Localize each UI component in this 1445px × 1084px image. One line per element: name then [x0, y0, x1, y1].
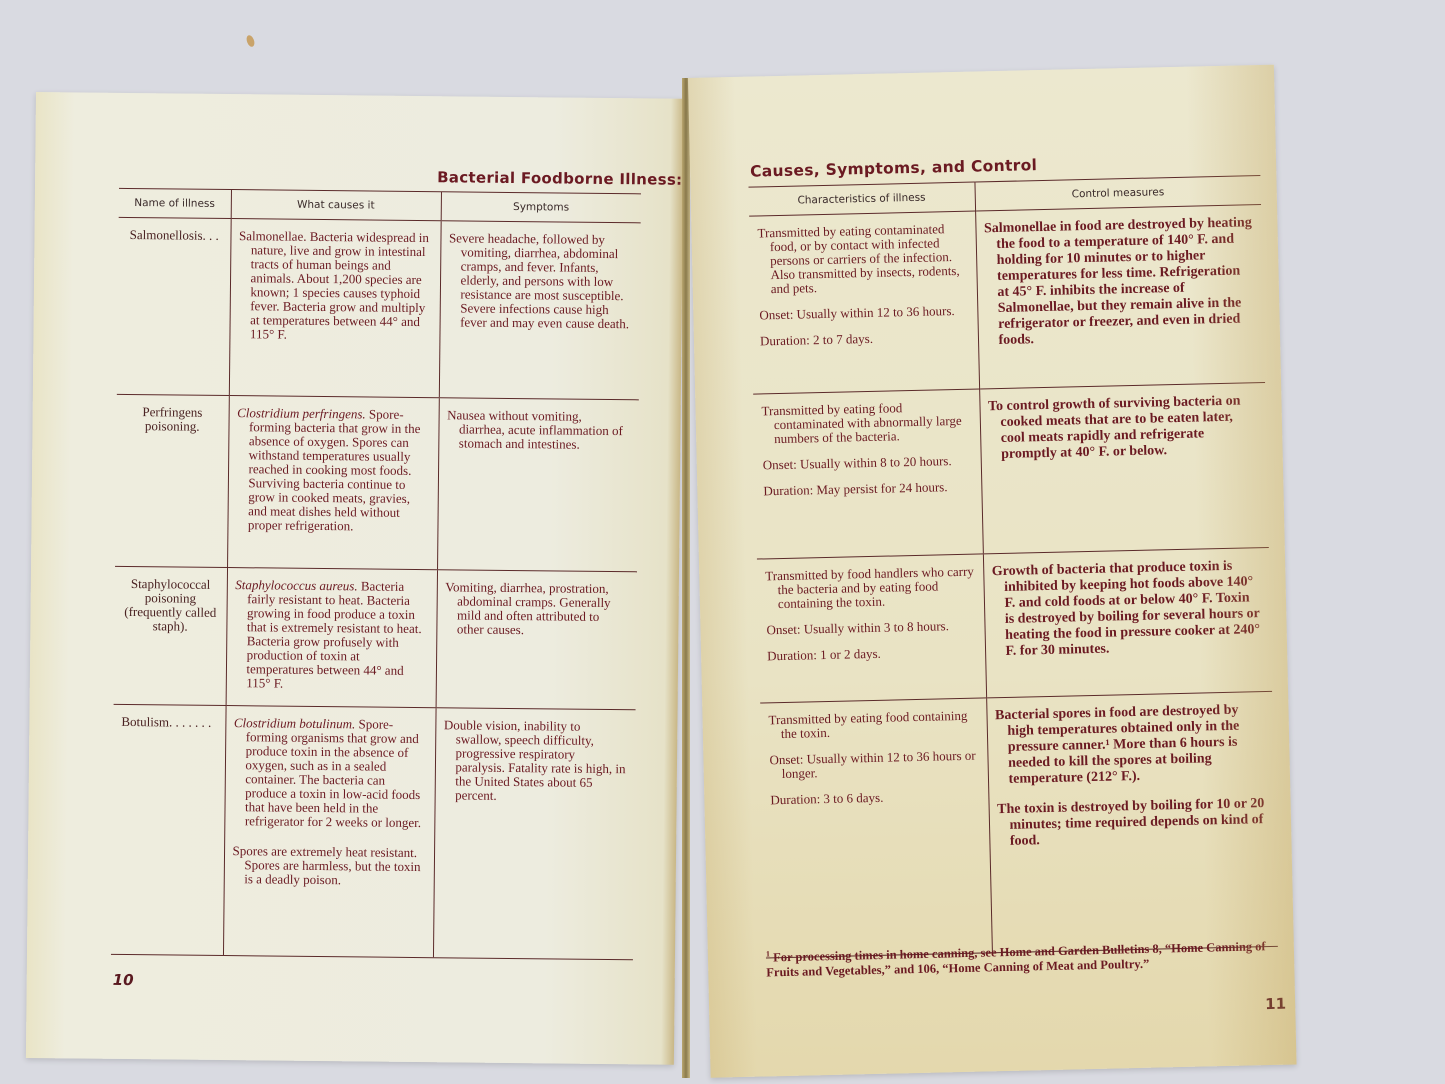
illness-name: Staphylococcal poisoning (frequently cal… [114, 566, 227, 705]
duration-text: Duration: 2 to 7 days. [760, 330, 970, 349]
right-page-title: Causes, Symptoms, and Control [750, 156, 1037, 181]
onset-text: Onset: Usually within 12 to 36 hours. [759, 304, 969, 323]
symptoms-text: Severe headache, followed by vomiting, d… [448, 231, 633, 331]
characteristics-cell: Transmitted by eating food containing th… [760, 698, 992, 958]
page-number-right: 11 [1265, 995, 1286, 1013]
footnote-text: For processing times in home canning, se… [766, 939, 1266, 979]
illness-symptoms: Vomiting, diarrhea, prostration, abdomin… [436, 570, 637, 710]
page-number-left: 10 [113, 971, 134, 989]
control-table: Characteristics of illness Control measu… [748, 175, 1277, 958]
left-page-title: Bacterial Foodborne Illness: [437, 168, 682, 189]
cause-text: Salmonellae. Bacteria widespread in natu… [239, 228, 429, 342]
cause-text: Bacteria fairly resistant to heat. Bacte… [246, 578, 421, 690]
transmission-text: Transmitted by eating contaminated food,… [757, 222, 968, 297]
control-cell: Salmonellae in food are destroyed by hea… [975, 205, 1265, 389]
symptoms-text: Nausea without vomiting, diarrhea, acute… [447, 408, 631, 452]
transmission-text: Transmitted by eating food containing th… [768, 709, 978, 742]
illness-cause: Clostridium perfringens. Spore-forming b… [227, 396, 439, 570]
onset-text: Onset: Usually within 3 to 8 hours. [766, 619, 976, 638]
column-header-cause: What causes it [231, 190, 441, 221]
control-text: To control growth of surviving bacteria … [988, 393, 1259, 463]
column-header-symptoms: Symptoms [441, 192, 641, 223]
table-row: Salmonellosis. . . Salmonellae. Bacteria… [117, 217, 641, 399]
control-cell: To control growth of surviving bacteria … [979, 382, 1269, 553]
illness-name: Botulism. . . . . . . [111, 704, 226, 955]
illness-name: Perfringens poisoning. [115, 394, 229, 567]
transmission-text: Transmitted by food handlers who carry t… [765, 565, 975, 612]
illness-name: Salmonellosis. . . [117, 217, 231, 395]
cause-text: Spore-forming organisms that grow and pr… [245, 716, 421, 830]
control-text: The toxin is destroyed by boiling for 10… [997, 796, 1268, 850]
book-gutter [682, 78, 690, 1078]
illness-symptoms: Nausea without vomiting, diarrhea, acute… [437, 398, 639, 572]
transmission-text: Transmitted by eating food contaminated … [761, 400, 971, 447]
onset-text: Onset: Usually within 12 to 36 hours or … [769, 749, 979, 782]
symptoms-text: Vomiting, diarrhea, prostration, abdomin… [445, 580, 629, 638]
illness-symptoms: Double vision, inability to swallow, spe… [433, 708, 636, 960]
cause-extra-text: Spores are extremely heat resistant. Spo… [232, 844, 425, 888]
control-cell: Growth of bacteria that produce toxin is… [983, 547, 1272, 697]
table-row: Staphylococcal poisoning (frequently cal… [114, 566, 637, 709]
duration-text: Duration: May persist for 24 hours. [763, 480, 973, 499]
table-row: Botulism. . . . . . . Clostridium botuli… [111, 704, 636, 959]
table-row: Perfringens poisoning. Clostridium perfr… [115, 394, 639, 571]
left-page: Bacterial Foodborne Illness: Name of ill… [26, 92, 684, 1065]
table-row: Transmitted by food handlers who carry t… [757, 547, 1272, 703]
characteristics-cell: Transmitted by eating food contaminated … [753, 389, 983, 559]
paper-stain [245, 34, 256, 48]
characteristics-cell: Transmitted by food handlers who carry t… [757, 554, 986, 703]
characteristics-cell: Transmitted by eating contaminated food,… [749, 211, 979, 394]
control-cell: Bacterial spores in food are destroyed b… [986, 691, 1278, 952]
table-row: Transmitted by eating contaminated food,… [749, 205, 1265, 395]
illness-cause: Clostridium botulinum. Spore-forming org… [223, 706, 436, 958]
onset-text: Onset: Usually within 8 to 20 hours. [763, 454, 973, 473]
symptoms-text: Double vision, inability to swallow, spe… [443, 718, 627, 804]
illness-table: Name of illness What causes it Symptoms … [111, 188, 641, 960]
duration-text: Duration: 3 to 6 days. [770, 789, 980, 808]
column-header-name: Name of illness [119, 188, 231, 218]
control-text: Growth of bacteria that produce toxin is… [992, 558, 1264, 660]
illness-symptoms: Severe headache, followed by vomiting, d… [439, 221, 641, 400]
control-text: Salmonellae in food are destroyed by hea… [984, 215, 1256, 349]
cause-text: Spore-forming bacteria that grow in the … [248, 406, 421, 533]
right-page: Causes, Symptoms, and Control Characteri… [688, 65, 1297, 1078]
illness-cause: Salmonellae. Bacteria widespread in natu… [229, 219, 441, 398]
duration-text: Duration: 1 or 2 days. [767, 645, 977, 664]
table-row: Transmitted by eating food contaminated … [753, 382, 1269, 559]
control-text: Bacterial spores in food are destroyed b… [995, 702, 1266, 788]
table-row: Transmitted by eating food containing th… [760, 691, 1278, 958]
illness-cause: Staphylococcus aureus. Bacteria fairly r… [226, 568, 437, 708]
